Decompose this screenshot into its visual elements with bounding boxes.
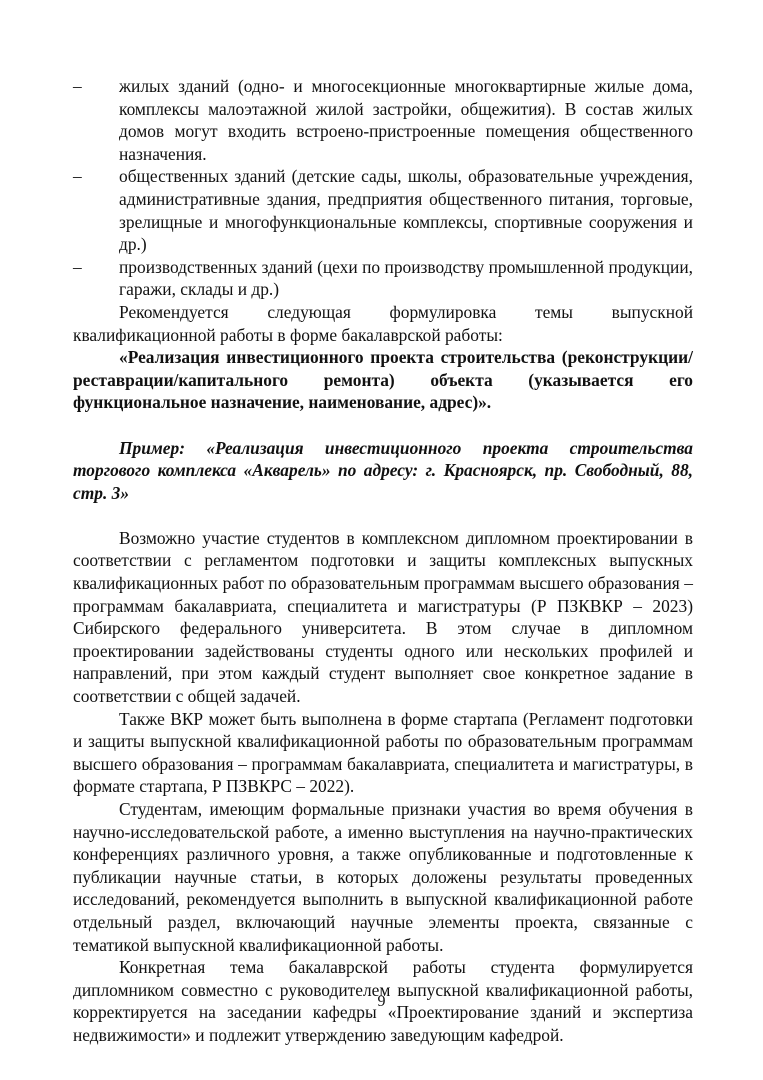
paragraph-research: Студентам, имеющим формальные признаки у…: [73, 798, 693, 956]
paragraph-startup: Также ВКР может быть выполнена в форме с…: [73, 708, 693, 798]
paragraph-complex-project: Возможно участие студентов в комплексном…: [73, 527, 693, 708]
bullet-text: производственных зданий (цехи по произво…: [119, 257, 693, 300]
bullet-item: – производственных зданий (цехи по произ…: [73, 256, 693, 301]
bullet-text: жилых зданий (одно- и многосекционные мн…: [119, 76, 693, 164]
example-title: Пример: «Реализация инвестиционного прое…: [73, 437, 693, 505]
bullet-item: – общественных зданий (детские сады, шко…: [73, 165, 693, 255]
spacer: [73, 504, 693, 527]
dash-marker: –: [73, 165, 93, 188]
recommendation-intro: Рекомендуется следующая формулировка тем…: [73, 301, 693, 346]
document-page: – жилых зданий (одно- и многосекционные …: [73, 75, 693, 1047]
bullet-item: – жилых зданий (одно- и многосекционные …: [73, 75, 693, 165]
recommended-title: «Реализация инвестиционного проекта стро…: [73, 346, 693, 414]
bullet-text: общественных зданий (детские сады, школы…: [119, 166, 693, 254]
page-number: 9: [0, 993, 763, 1011]
dash-marker: –: [73, 75, 93, 98]
spacer: [73, 414, 693, 437]
dash-marker: –: [73, 256, 93, 279]
